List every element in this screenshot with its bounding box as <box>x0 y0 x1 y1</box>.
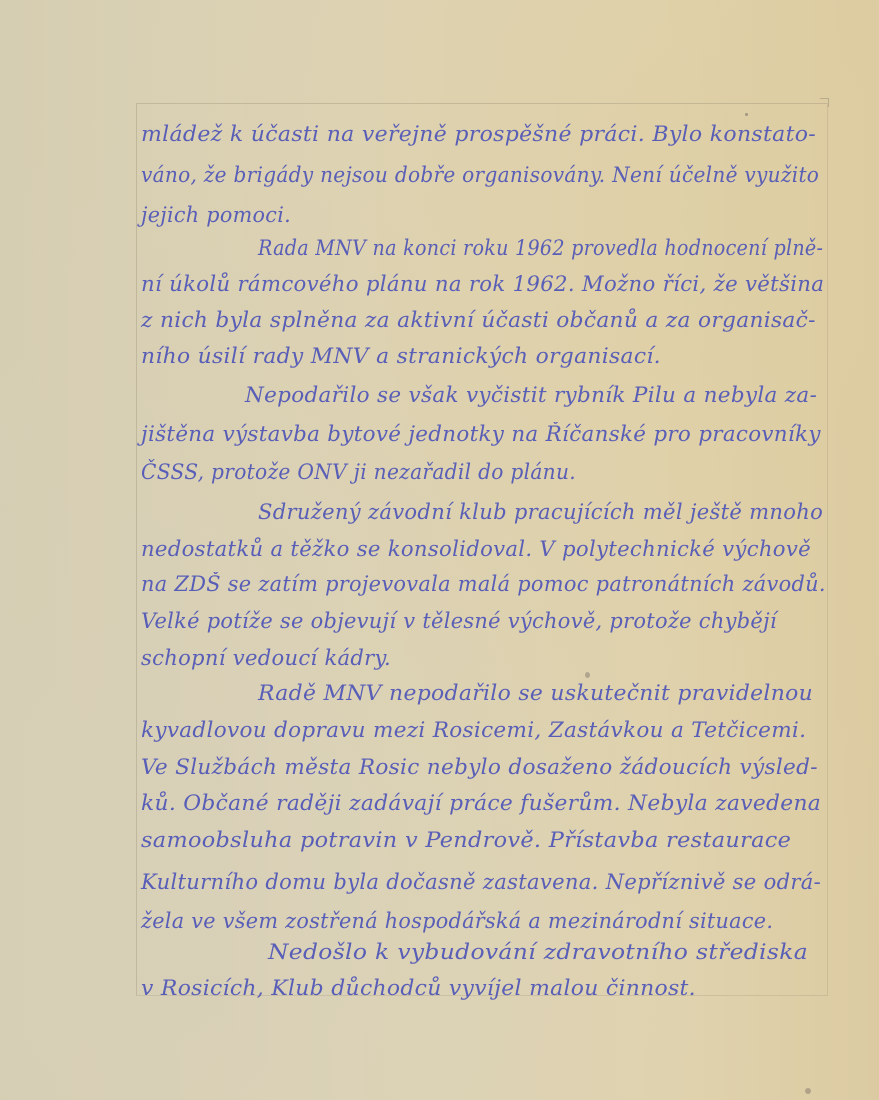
handwritten-line: žela ve všem zostřená hospodářská a mezi… <box>141 911 773 932</box>
handwritten-line: v Rosicích, Klub důchodců vyvíjel malou … <box>141 978 696 999</box>
handwritten-line: Ve Službách města Rosic nebylo dosaženo … <box>141 757 818 778</box>
handwritten-line: schopní vedoucí kádry. <box>141 648 391 669</box>
handwritten-line: ní úkolů rámcového plánu na rok 1962. Mo… <box>141 274 824 295</box>
handwritten-line: Radě MNV nepodařilo se uskutečnit pravid… <box>258 683 813 704</box>
handwritten-line: kyvadlovou dopravu mezi Rosicemi, Zastáv… <box>141 720 806 741</box>
handwritten-line: z nich byla splněna za aktivní účasti ob… <box>141 310 816 331</box>
page-corner-mark <box>820 98 829 107</box>
handwritten-line: Rada MNV na konci roku 1962 provedla hod… <box>258 238 823 259</box>
handwritten-line: ního úsilí rady MNV a stranických organi… <box>141 346 661 367</box>
handwritten-line: samoobsluha potravin v Pendrově. Přístav… <box>141 830 791 851</box>
handwritten-line: nedostatků a těžko se konsolidoval. V po… <box>141 539 811 560</box>
handwritten-line: jištěna výstavba bytové jednotky na Říča… <box>141 424 821 445</box>
handwritten-line: Nepodařilo se však vyčistit rybník Pilu … <box>245 385 817 406</box>
handwritten-line: jejich pomoci. <box>141 205 291 226</box>
handwritten-line: ků. Občané raději zadávají práce fušerům… <box>141 793 821 814</box>
ink-spot <box>585 672 590 678</box>
handwritten-line: Kulturního domu byla dočasně zastavena. … <box>141 872 821 893</box>
handwritten-line: Nedošlo k vybudování zdravotního středis… <box>268 942 808 963</box>
ink-spot <box>745 113 748 116</box>
paper-stain <box>805 1088 811 1094</box>
handwritten-line: Velké potíže se objevují v tělesné výcho… <box>141 611 777 632</box>
handwritten-line: na ZDŠ se zatím projevovala malá pomoc p… <box>141 574 826 595</box>
handwritten-line: Sdružený závodní klub pracujících měl je… <box>258 502 823 523</box>
handwritten-line: ČSSS, protože ONV ji nezařadil do plánu. <box>141 462 576 483</box>
handwritten-line: mládež k účasti na veřejně prospěšné prá… <box>141 124 816 145</box>
handwritten-line: váno, že brigády nejsou dobře organisová… <box>141 165 819 186</box>
